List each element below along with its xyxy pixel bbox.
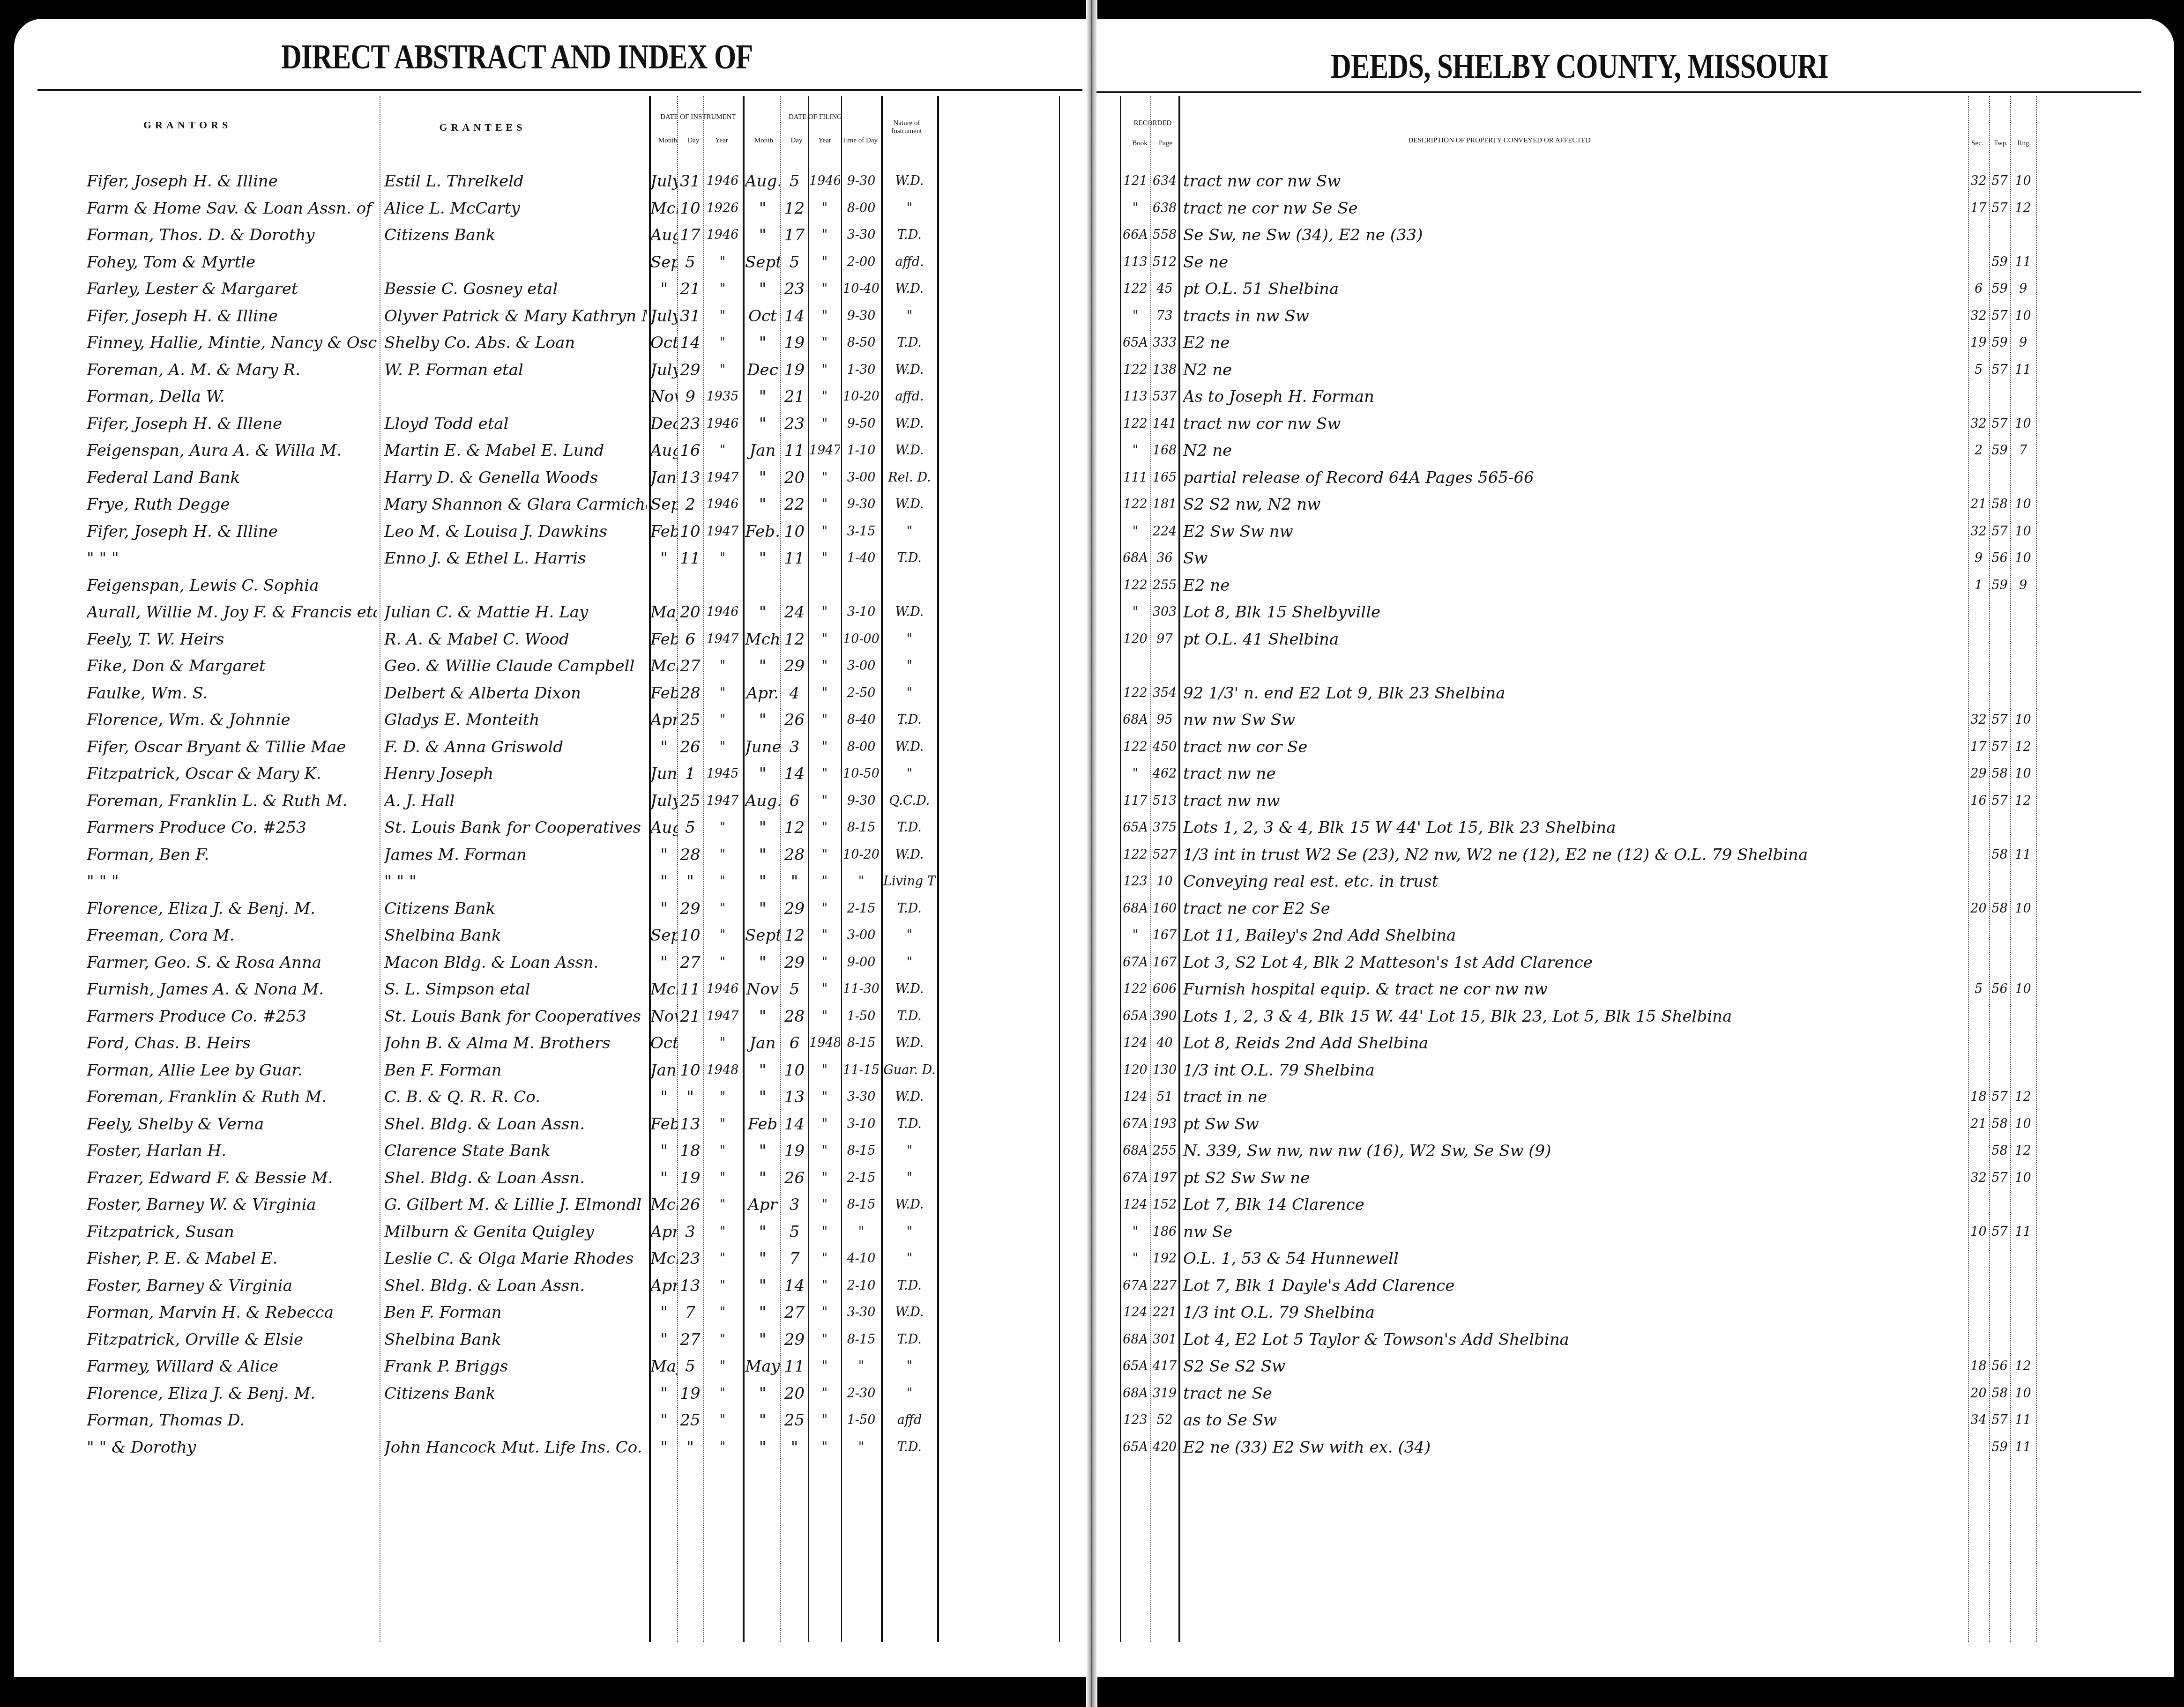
sec-cell: 10 <box>1968 1222 1989 1242</box>
filing-day-cell: 12 <box>781 817 808 838</box>
grantor-cell: Feigenspan, Lewis C. Sophia <box>87 575 377 596</box>
nature-cell: " <box>883 1222 936 1242</box>
time-of-day-cell: 9-30 <box>842 494 880 515</box>
time-of-day-cell: 8-40 <box>842 710 880 730</box>
grantor-cell: Fitzpatrick, Orville & Elsie <box>87 1329 377 1350</box>
table-row: Fitzpatrick, Oscar & Mary K. Henry Josep… <box>0 764 2184 792</box>
title-right: DEEDS, SHELBY COUNTY, MISSOURI <box>1331 47 1828 87</box>
table-row: Foster, Harlan H. Clarence State Bank " … <box>0 1141 2184 1169</box>
description-cell: pt S2 Sw Sw ne <box>1183 1168 1961 1188</box>
instrument-month-cell: Feb. <box>650 683 678 704</box>
book-cell: 65A <box>1121 817 1150 838</box>
instrument-day-cell: 13 <box>678 468 702 488</box>
instrument-year-cell: 1946 <box>703 225 742 245</box>
grantor-cell: Ford, Chas. B. Heirs <box>87 1033 377 1054</box>
page-cell: 40 <box>1151 1033 1178 1054</box>
instrument-day-cell: 21 <box>678 1006 702 1027</box>
book-cell: 65A <box>1121 1356 1150 1377</box>
table-row: Feigenspan, Aura A. & Willa M. Martin E.… <box>0 440 2184 468</box>
table-row: Fitzpatrick, Susan Milburn & Genita Quig… <box>0 1222 2184 1250</box>
instrument-year-cell: 1947 <box>703 791 742 811</box>
table-row: Forman, Thos. D. & Dorothy Citizens Bank… <box>0 225 2184 253</box>
book-cell: 113 <box>1121 386 1150 407</box>
filing-month-cell: Dec <box>745 360 780 380</box>
instrument-day-cell: 31 <box>678 306 702 327</box>
page-cell: 417 <box>1151 1356 1178 1377</box>
filing-day-cell: 22 <box>781 494 808 515</box>
table-row: Feely, T. W. Heirs R. A. & Mabel C. Wood… <box>0 629 2184 657</box>
filing-day-cell: 19 <box>781 1141 808 1161</box>
nature-cell: T.D. <box>883 817 936 838</box>
filing-month-cell: Jan <box>745 440 780 461</box>
instrument-month-cell: " <box>650 845 678 865</box>
description-cell: As to Joseph H. Forman <box>1183 386 1961 407</box>
grantee-cell: Citizens Bank <box>384 898 647 919</box>
header-recorded: RECORDED <box>1127 119 1178 127</box>
filing-month-cell: " <box>745 1006 780 1027</box>
nature-cell: W.D. <box>883 440 936 461</box>
filing-month-cell: Oct <box>745 306 780 327</box>
filing-year-cell: " <box>809 737 840 757</box>
sec-cell: 9 <box>1968 548 1989 569</box>
twp-cell: 57 <box>1989 1087 2010 1107</box>
page-cell: 513 <box>1151 791 1178 811</box>
twp-cell: 57 <box>1989 710 2010 730</box>
description-cell: Sw <box>1183 548 1961 569</box>
grantor-cell: Foster, Harlan H. <box>87 1141 377 1161</box>
sec-cell: 21 <box>1968 494 1989 515</box>
table-row: Furnish, James A. & Nona M. S. L. Simpso… <box>0 979 2184 1007</box>
grantor-cell: Farmers Produce Co. #253 <box>87 1006 377 1027</box>
rng-cell: 12 <box>2010 737 2036 757</box>
filing-year-cell: " <box>809 1222 840 1242</box>
grantee-cell: Ben F. Forman <box>384 1302 647 1323</box>
instrument-day-cell: 19 <box>678 1383 702 1404</box>
instrument-year-cell: 1945 <box>703 764 742 784</box>
filing-month-cell: " <box>745 279 780 299</box>
instrument-day-cell: 5 <box>678 252 702 273</box>
filing-month-cell: " <box>745 656 780 676</box>
instrument-year-cell: " <box>703 1276 742 1296</box>
description-cell: tract nw cor nw Sw <box>1183 414 1961 434</box>
nature-cell: " <box>883 198 936 219</box>
filing-month-cell: " <box>745 414 780 434</box>
book-cell: 68A <box>1121 1141 1150 1161</box>
nature-cell: W.D. <box>883 1087 936 1107</box>
instrument-day-cell: 10 <box>678 521 702 542</box>
filing-day-cell: 14 <box>781 306 808 327</box>
instrument-month-cell: Nov <box>650 1006 678 1027</box>
time-of-day-cell: 9-30 <box>842 306 880 327</box>
instrument-day-cell: 20 <box>678 602 702 623</box>
instrument-year-cell: " <box>703 1141 742 1161</box>
rng-cell: 10 <box>2010 1168 2036 1188</box>
grantee-cell: Lloyd Todd etal <box>384 414 647 434</box>
time-of-day-cell: 8-15 <box>842 1141 880 1161</box>
table-row: Finney, Hallie, Mintie, Nancy & Oscar Sh… <box>0 333 2184 361</box>
book-cell: 111 <box>1121 468 1150 488</box>
nature-cell: T.D. <box>883 333 936 353</box>
book-cell: 122 <box>1121 683 1150 704</box>
grantor-cell: Forman, Thomas D. <box>87 1410 377 1431</box>
grantee-cell: Leslie C. & Olga Marie Rhodes <box>384 1248 647 1269</box>
sec-cell: 32 <box>1968 521 1989 542</box>
filing-month-cell: Sept <box>745 925 780 946</box>
description-cell: tract nw nw <box>1183 791 1961 811</box>
instrument-month-cell: July <box>650 306 678 327</box>
instrument-day-cell: 23 <box>678 414 702 434</box>
instrument-month-cell: Oct. <box>650 333 678 353</box>
page-cell: 95 <box>1151 710 1178 730</box>
grantor-cell: Fifer, Joseph H. & Illene <box>87 414 377 434</box>
nature-cell: " <box>883 764 936 784</box>
grantee-cell: Julian C. & Mattie H. Lay <box>384 602 647 623</box>
grantor-cell: Faulke, Wm. S. <box>87 683 377 704</box>
grantor-cell: Foreman, A. M. & Mary R. <box>87 360 377 380</box>
filing-year-cell: " <box>809 683 840 704</box>
filing-day-cell: 19 <box>781 333 808 353</box>
table-row: Foreman, Franklin & Ruth M. C. B. & Q. R… <box>0 1087 2184 1115</box>
instrument-month-cell: June <box>650 764 678 784</box>
book-cell: 65A <box>1121 1437 1150 1458</box>
table-row: " " " " " " " " " " " " " Living Trust 1… <box>0 871 2184 899</box>
page-cell: 527 <box>1151 845 1178 865</box>
filing-year-cell: " <box>809 1276 840 1296</box>
sec-cell: 5 <box>1968 979 1989 1000</box>
twp-cell: 59 <box>1989 252 2010 273</box>
grantor-cell: Feigenspan, Aura A. & Willa M. <box>87 440 377 461</box>
instrument-day-cell: 25 <box>678 710 702 730</box>
instrument-month-cell: Apr. <box>650 710 678 730</box>
page-cell: 462 <box>1151 764 1178 784</box>
grantor-cell: Foreman, Franklin L. & Ruth M. <box>87 791 377 811</box>
nature-cell: T.D. <box>883 1329 936 1350</box>
time-of-day-cell: 9-30 <box>842 171 880 192</box>
time-of-day-cell: 1-50 <box>842 1006 880 1027</box>
grantor-cell: Forman, Thos. D. & Dorothy <box>87 225 377 245</box>
twp-cell: 58 <box>1989 1114 2010 1135</box>
instrument-year-cell: " <box>703 1222 742 1242</box>
sec-cell: 17 <box>1968 198 1989 219</box>
instrument-year-cell: " <box>703 1033 742 1054</box>
page-cell: 130 <box>1151 1060 1178 1081</box>
page-cell: 354 <box>1151 683 1178 704</box>
filing-month-cell: " <box>745 198 780 219</box>
description-cell: tract ne cor nw Se Se <box>1183 198 1961 219</box>
twp-cell: 56 <box>1989 548 2010 569</box>
instrument-year-cell: " <box>703 1410 742 1431</box>
header-twp: Twp. <box>1989 140 2013 148</box>
sec-cell: 19 <box>1968 333 1989 353</box>
filing-month-cell: " <box>745 898 780 919</box>
instrument-year-cell: " <box>703 1087 742 1107</box>
header-sec: Sec. <box>1966 140 1989 148</box>
time-of-day-cell: 8-00 <box>842 737 880 757</box>
nature-cell: " <box>883 1168 936 1188</box>
table-row: Farley, Lester & Margaret Bessie C. Gosn… <box>0 279 2184 307</box>
time-of-day-cell: 9-30 <box>842 791 880 811</box>
instrument-month-cell: " <box>650 1141 678 1161</box>
instrument-day-cell: 1 <box>678 764 702 784</box>
description-cell: partial release of Record 64A Pages 565-… <box>1183 468 1961 488</box>
sec-cell: 5 <box>1968 360 1989 380</box>
table-row: Fifer, Joseph H. & Illene Lloyd Todd eta… <box>0 414 2184 442</box>
filing-month-cell: Aug. <box>745 171 780 192</box>
filing-month-cell: " <box>745 1141 780 1161</box>
grantee-cell: Martin E. & Mabel E. Lund <box>384 440 647 461</box>
sec-cell: 6 <box>1968 279 1989 299</box>
book-cell: " <box>1121 764 1150 784</box>
instrument-year-cell: " <box>703 817 742 838</box>
grantor-cell: Fifer, Oscar Bryant & Tillie Mae <box>87 737 377 757</box>
table-row: Forman, Thomas D. " 25 " " 25 " 1-50 aff… <box>0 1410 2184 1438</box>
time-of-day-cell: 2-15 <box>842 898 880 919</box>
table-row: Fifer, Joseph H. & Illine Estil L. Threl… <box>0 171 2184 199</box>
filing-day-cell: 28 <box>781 1006 808 1027</box>
filing-day-cell: 29 <box>781 952 808 973</box>
filing-year-cell: " <box>809 845 840 865</box>
filing-year-cell: " <box>809 1410 840 1431</box>
instrument-month-cell: Mch. <box>650 1248 678 1269</box>
filing-day-cell: 13 <box>781 1087 808 1107</box>
table-row: Fitzpatrick, Orville & Elsie Shelbina Ba… <box>0 1329 2184 1358</box>
twp-cell: 58 <box>1989 1383 2010 1404</box>
description-cell: N2 ne <box>1183 360 1961 380</box>
instrument-year-cell: " <box>703 440 742 461</box>
page-cell: 301 <box>1151 1329 1178 1350</box>
book-cell: 122 <box>1121 494 1150 515</box>
time-of-day-cell: 10-40 <box>842 279 880 299</box>
book-cell: 123 <box>1121 871 1150 892</box>
instrument-year-cell: 1946 <box>703 494 742 515</box>
rng-cell: 11 <box>2010 1437 2036 1458</box>
description-cell: Se ne <box>1183 252 1961 273</box>
sec-cell: 18 <box>1968 1356 1989 1377</box>
filing-year-cell: " <box>809 333 840 353</box>
filing-month-cell: " <box>745 710 780 730</box>
description-cell: S2 S2 nw, N2 nw <box>1183 494 1961 515</box>
instrument-year-cell: " <box>703 548 742 569</box>
filing-year-cell: " <box>809 414 840 434</box>
instrument-year-cell: " <box>703 360 742 380</box>
instrument-year-cell: " <box>703 925 742 946</box>
nature-cell: T.D. <box>883 710 936 730</box>
page-cell: 255 <box>1151 1141 1178 1161</box>
grantor-cell: " " & Dorothy <box>87 1437 377 1458</box>
grantee-cell: C. B. & Q. R. R. Co. <box>384 1087 647 1107</box>
description-cell: Lots 1, 2, 3 & 4, Blk 15 W 44' Lot 15, B… <box>1183 817 1961 838</box>
table-row: " " & Dorothy John Hancock Mut. Life Ins… <box>0 1437 2184 1465</box>
instrument-year-cell: " <box>703 252 742 273</box>
instrument-day-cell: 23 <box>678 1248 702 1269</box>
description-cell: E2 Sw Sw nw <box>1183 521 1961 542</box>
twp-cell: 58 <box>1989 494 2010 515</box>
page-cell: 450 <box>1151 737 1178 757</box>
grantee-cell: Shel. Bldg. & Loan Assn. <box>384 1114 647 1135</box>
book-cell: 120 <box>1121 1060 1150 1081</box>
rng-cell: 10 <box>2010 1114 2036 1135</box>
page-cell: 558 <box>1151 225 1178 245</box>
description-cell: tract nw cor Se <box>1183 737 1961 757</box>
filing-day-cell: 20 <box>781 1383 808 1404</box>
description-cell: E2 ne <box>1183 575 1961 596</box>
time-of-day-cell: " <box>842 1356 880 1377</box>
book-cell: 122 <box>1121 737 1150 757</box>
nature-cell: " <box>883 656 936 676</box>
table-row: Feely, Shelby & Verna Shel. Bldg. & Loan… <box>0 1114 2184 1142</box>
rng-cell: 10 <box>2010 710 2036 730</box>
table-row: Florence, Eliza J. & Benj. M. Citizens B… <box>0 898 2184 927</box>
grantor-cell: Forman, Allie Lee by Guar. <box>87 1060 377 1081</box>
grantor-cell: Florence, Eliza J. & Benj. M. <box>87 1383 377 1404</box>
grantor-cell: Farmer, Geo. S. & Rosa Anna <box>87 952 377 973</box>
instrument-day-cell: 26 <box>678 1195 702 1215</box>
page-cell: 36 <box>1151 548 1178 569</box>
instrument-month-cell: Mch. <box>650 656 678 676</box>
filing-year-cell: " <box>809 1114 840 1135</box>
filing-year-cell: " <box>809 1383 840 1404</box>
header-description: DESCRIPTION OF PROPERTY CONVEYED OR AFFE… <box>1335 137 1663 145</box>
filing-year-cell: " <box>809 494 840 515</box>
grantee-cell: Shelby Co. Abs. & Loan <box>384 333 647 353</box>
grantee-cell: Shelbina Bank <box>384 925 647 946</box>
filing-day-cell: 26 <box>781 710 808 730</box>
twp-cell: 59 <box>1989 1437 2010 1458</box>
table-row: Fisher, P. E. & Mabel E. Leslie C. & Olg… <box>0 1248 2184 1277</box>
filing-day-cell: " <box>781 1437 808 1458</box>
nature-cell: W.D. <box>883 979 936 1000</box>
page-cell: 192 <box>1151 1248 1178 1269</box>
book-cell: 122 <box>1121 360 1150 380</box>
book-cell: 113 <box>1121 252 1150 273</box>
rng-cell: 10 <box>2010 521 2036 542</box>
instrument-month-cell: Feb. <box>650 629 678 650</box>
grantee-cell: Henry Joseph <box>384 764 647 784</box>
grantee-cell: R. A. & Mabel C. Wood <box>384 629 647 650</box>
page-cell: 375 <box>1151 817 1178 838</box>
table-row: Faulke, Wm. S. Delbert & Alberta Dixon F… <box>0 683 2184 711</box>
filing-day-cell: 11 <box>781 548 808 569</box>
table-row: Farmers Produce Co. #253 St. Louis Bank … <box>0 1006 2184 1034</box>
book-cell: 67A <box>1121 1114 1150 1135</box>
page-cell: 181 <box>1151 494 1178 515</box>
table-row: Fike, Don & Margaret Geo. & Willie Claud… <box>0 656 2184 684</box>
time-of-day-cell: 4-10 <box>842 1248 880 1269</box>
instrument-month-cell: " <box>650 1437 678 1458</box>
page-cell: 51 <box>1151 1087 1178 1107</box>
header-f-month: Month <box>745 137 783 145</box>
grantee-cell: F. D. & Anna Griswold <box>384 737 647 757</box>
instrument-day-cell: " <box>678 871 702 892</box>
filing-year-cell: " <box>809 1195 840 1215</box>
instrument-day-cell: 11 <box>678 979 702 1000</box>
header-rng: Rng. <box>2013 140 2036 148</box>
nature-cell: W.D. <box>883 360 936 380</box>
filing-day-cell: 20 <box>781 468 808 488</box>
twp-cell: 59 <box>1989 333 2010 353</box>
nature-cell: T.D. <box>883 1006 936 1027</box>
filing-year-cell: " <box>809 952 840 973</box>
filing-month-cell: " <box>745 1276 780 1296</box>
description-cell: Conveying real est. etc. in trust <box>1183 871 1961 892</box>
filing-year-cell: " <box>809 1060 840 1081</box>
filing-day-cell: 28 <box>781 845 808 865</box>
instrument-month-cell: Aug. <box>650 440 678 461</box>
instrument-year-cell: " <box>703 656 742 676</box>
description-cell: tract nw cor nw Sw <box>1183 171 1961 192</box>
filing-month-cell: Nov <box>745 979 780 1000</box>
time-of-day-cell: 10-00 <box>842 629 880 650</box>
filing-day-cell: 5 <box>781 979 808 1000</box>
filing-month-cell: " <box>745 386 780 407</box>
filing-day-cell: 29 <box>781 656 808 676</box>
filing-month-cell: " <box>745 1329 780 1350</box>
twp-cell: 58 <box>1989 764 2010 784</box>
page-cell: 152 <box>1151 1195 1178 1215</box>
time-of-day-cell: 3-10 <box>842 602 880 623</box>
instrument-month-cell: Dec. <box>650 414 678 434</box>
table-row: Feigenspan, Lewis C. Sophia 122 255 E2 n… <box>0 575 2184 603</box>
twp-cell: 57 <box>1989 1222 2010 1242</box>
grantee-cell: W. P. Forman etal <box>384 360 647 380</box>
nature-cell: Guar. D. <box>883 1060 936 1081</box>
twp-cell: 57 <box>1989 306 2010 327</box>
instrument-month-cell: Sept. <box>650 925 678 946</box>
sec-cell: 32 <box>1968 171 1989 192</box>
filing-year-cell: " <box>809 252 840 273</box>
grantee-cell: John Hancock Mut. Life Ins. Co. <box>384 1437 647 1458</box>
grantor-cell: Farmey, Willard & Alice <box>87 1356 377 1377</box>
grantee-cell: James M. Forman <box>384 845 647 865</box>
table-row: Forman, Ben F. James M. Forman " 28 " " … <box>0 845 2184 873</box>
time-of-day-cell: 8-15 <box>842 1195 880 1215</box>
description-cell: tract ne Se <box>1183 1383 1961 1404</box>
title-left: DIRECT ABSTRACT AND INDEX OF <box>281 37 753 77</box>
instrument-day-cell: 13 <box>678 1114 702 1135</box>
twp-cell: 59 <box>1989 575 2010 596</box>
twp-cell: 56 <box>1989 979 2010 1000</box>
nature-cell: W.D. <box>883 1195 936 1215</box>
grantee-cell: Citizens Bank <box>384 225 647 245</box>
filing-month-cell: Jan <box>745 1033 780 1054</box>
grantee-cell: Clarence State Bank <box>384 1141 647 1161</box>
time-of-day-cell: 2-30 <box>842 1383 880 1404</box>
instrument-day-cell: 25 <box>678 1410 702 1431</box>
description-cell: tract ne cor E2 Se <box>1183 898 1961 919</box>
filing-year-cell: " <box>809 1248 840 1269</box>
instrument-month-cell: Apr. <box>650 1222 678 1242</box>
instrument-year-cell: " <box>703 1195 742 1215</box>
sec-cell: 1 <box>1968 575 1989 596</box>
table-row: Foreman, Franklin L. & Ruth M. A. J. Hal… <box>0 791 2184 819</box>
twp-cell: 57 <box>1989 198 2010 219</box>
page-cell: 512 <box>1151 252 1178 273</box>
filing-year-cell: " <box>809 548 840 569</box>
table-row: Freeman, Cora M. Shelbina Bank Sept. 10 … <box>0 925 2184 953</box>
twp-cell: 57 <box>1989 791 2010 811</box>
nature-cell: W.D. <box>883 494 936 515</box>
instrument-month-cell: " <box>650 898 678 919</box>
rng-cell: 10 <box>2010 306 2036 327</box>
time-of-day-cell: 2-10 <box>842 1276 880 1296</box>
filing-day-cell: 17 <box>781 225 808 245</box>
instrument-year-cell: " <box>703 683 742 704</box>
instrument-month-cell: Feb. <box>650 521 678 542</box>
instrument-month-cell: Feb. <box>650 1114 678 1135</box>
twp-cell: 57 <box>1989 171 2010 192</box>
instrument-year-cell: 1946 <box>703 171 742 192</box>
instrument-day-cell: 27 <box>678 1329 702 1350</box>
